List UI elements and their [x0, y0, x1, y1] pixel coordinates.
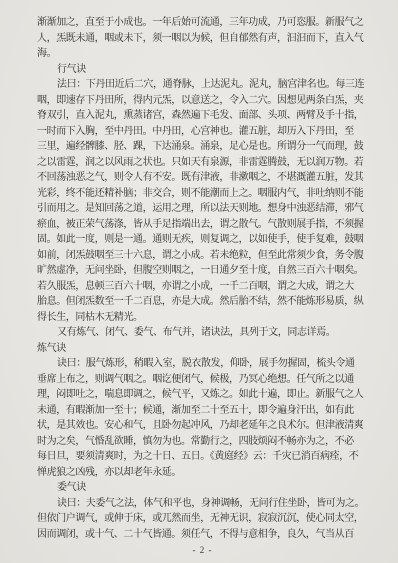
- body-line: 但依门户调气，或伸于床，或兀然而坐，无神无识，寂寂沉沉，使心同太空，: [37, 511, 368, 527]
- body-line: 不回荡浊恶之气，则令人有不安。既有津液，非漱咽之，不堪溉灌五脏，发其: [37, 170, 368, 186]
- body-line: 状，是其效也。安心和气，且卧勿起冲风，乃却老延年之良术尔。但津液清爽: [37, 418, 368, 434]
- body-line: 引而用之。是知回荡之道，运用之理，所以法天则地。想身中浊恶结滞，邪气: [37, 201, 368, 217]
- text-block: 渐渐加之，直至于小成也。一年后始可流通，三年功成，乃可恣服。新服气之人，炁既未通…: [37, 15, 368, 542]
- body-line: 咽，即速存下丹田所，得内元炁，以意送之，令入二穴。因想见两条白炁，夹: [37, 93, 368, 109]
- body-line: 垂席上布之，则调气咽之。咽讫便闭气，候极，乃冥心绝想。任气所之以通: [37, 372, 368, 388]
- section-heading: 行气诀: [37, 62, 368, 78]
- body-line: 三里，遍经髀膝、胫、踝，下达涌泉。涌泉，足心是也。所谓分一气而理，鼓: [37, 139, 368, 155]
- body-line: 若久服炁，息顿三百六十咽，亦谓之小成，一千二百咽，谓之大成，谓之大: [37, 279, 368, 295]
- scanned-page: 渐渐加之，直至于小成也。一年后始可流通，三年功成，乃可恣服。新服气之人，炁既未通…: [0, 0, 398, 563]
- body-line: 渐渐加之，直至于小成也。一年后始可流通，三年功成，乃可恣服。新服气之: [37, 15, 368, 31]
- body-line: 脊双引，直入泥丸，熏蒸诸宫，森然遍下毛发、面部、头项、两臂及手十指，: [37, 108, 368, 124]
- body-line: 每日旦，要须清爽时，为之十日、五日。《黄庭经》云：千灾已消百病痊，不: [37, 449, 368, 465]
- body-line: 胎息。但闭炁数至一千二百息，亦是大成。然后胎不结，然不能炼形易质，纵: [37, 294, 368, 310]
- body-line: 旷然虚净，无问坐卧，但腹空则咽之，一日通夕至十度，自然三百六十咽矣。: [37, 263, 368, 279]
- body-line: 惮虎狼之凶残，亦以却老年永延。: [37, 465, 368, 481]
- body-line: 时为之矣，气惛乱欲睡，慎勿为也。常勤行之，四肢烦闷不畅亦为之，不必: [37, 434, 368, 450]
- section-heading: 炼气诀: [37, 341, 368, 357]
- body-line: 得长生，同枯木无精光。: [37, 310, 368, 326]
- section-heading: 委气诀: [37, 480, 368, 496]
- body-line: 人，炁既未通，咽或未下，须一咽以为候，但自郁然有声，汩汩而下，直入气: [37, 31, 368, 47]
- body-line: 理，闷即吐之，喘息即调之，候气平，又炼之。如此十遍，即止。新服气之人: [37, 387, 368, 403]
- body-line: 光彩，终不能还精补脑；非交合，则不能潮而上之。咽服内气，非吐纳则不能: [37, 186, 368, 202]
- body-line: 未通，有暇渐加一至十；候通，渐加至二十至五十，即令遍身汗出，如有此: [37, 403, 368, 419]
- paragraph-start-line: 诀曰：夫委气之法，体气和平也，身神调畅，无问行住坐卧，皆可为之。: [37, 496, 368, 512]
- body-line: 固。如此一度，则是一通。通则无疾，则复调之，以如使手，使手复难，鼓咽: [37, 232, 368, 248]
- body-line: 因而调闭，或十气、二十气皆通。须任气，不得与意相争，良久，气当从百: [37, 527, 368, 543]
- body-line: 一时而下入胸，至中丹田。中丹田，心宫神也。灌五脏，却历入下丹田，至: [37, 124, 368, 140]
- body-line: 海。: [37, 46, 368, 62]
- paragraph-start-line: 又有炼气、闭气、委气、布气并，诸诀法，具列于文，同志详焉。: [37, 325, 368, 341]
- body-line: 瘀血，被正荣气荡涤，皆从手足指端出去，谓之散气。气散则展手指，不须握: [37, 217, 368, 233]
- paragraph-start-line: 诀曰：服气炼形，稍暇入室，脱衣散发，仰卧，展手勿握固，梳头令通: [37, 356, 368, 372]
- body-line: 如前，闭炁鼓咽至三十六息，谓之小成。若未绝粒，但至此常须少食，务令腹: [37, 248, 368, 264]
- paragraph-start-line: 法曰：下丹田近后二穴，通脊脉，上达泥丸。泥丸，脑宫津名也。每三连: [37, 77, 368, 93]
- page-number: - 2 -: [37, 544, 368, 556]
- document-page: { "page": { "background": "#e7e5e1", "te…: [0, 0, 398, 563]
- body-line: 之以雷霆，润之以风雨之状也。只如天有泉源，非雷霆腾鼓，无以润万物。若: [37, 155, 368, 171]
